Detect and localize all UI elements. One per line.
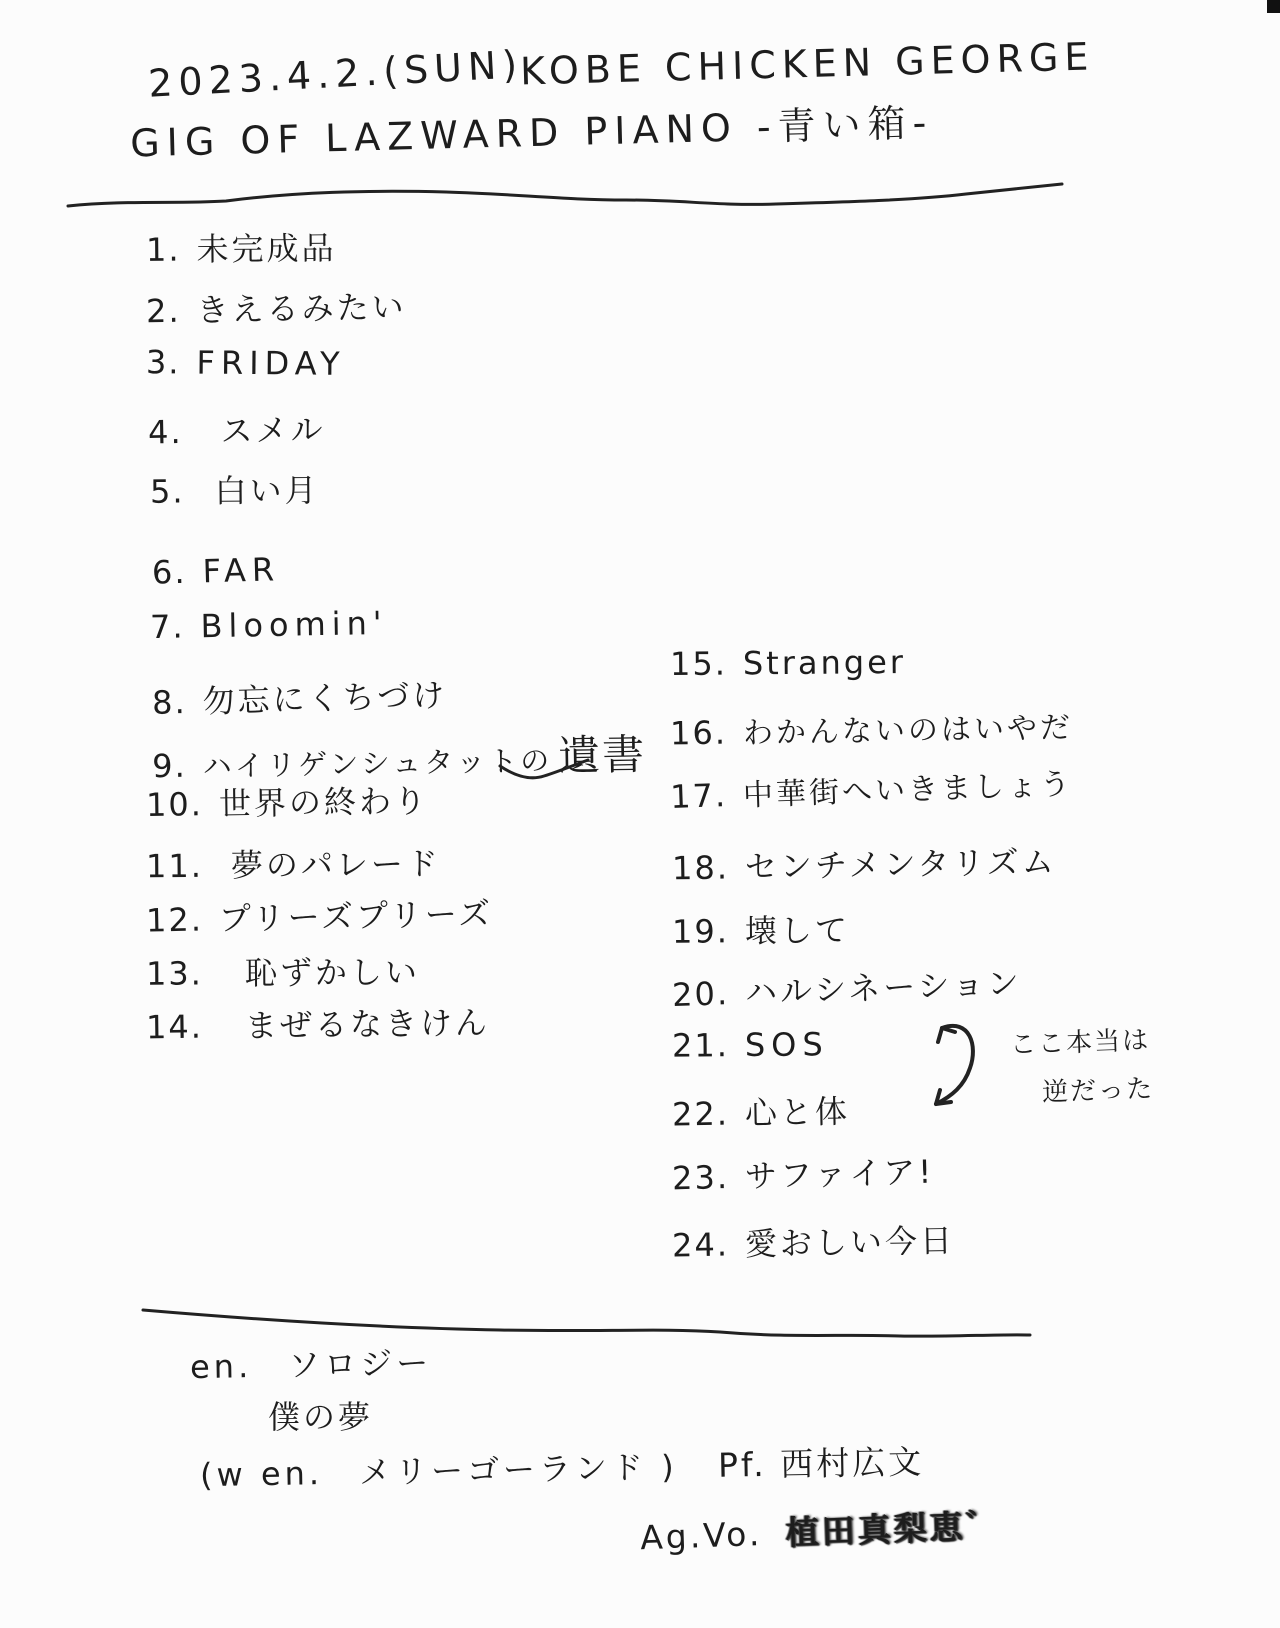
setlist-item-title: 世界の終わり [219, 776, 430, 825]
setlist-item: 24. 愛おしい今日 [672, 1216, 956, 1267]
setlist-item-title: 中華街へいきましょう [742, 759, 1073, 814]
setlist-item-number: 14. [146, 1008, 203, 1047]
setlist-item-number: 21. [672, 1026, 729, 1064]
setlist-item: 20. ハルシネーション [671, 958, 1022, 1016]
setlist-item: 8. 勿忘にくちづけ [151, 670, 447, 724]
header-venue: KOBE CHICKEN GEORGE [520, 34, 1095, 93]
emphasis-underline-swoosh [498, 758, 590, 782]
encore-line1: en. ソロジー [190, 1338, 433, 1388]
setlist-item-title: サファイア! [744, 1147, 934, 1198]
setlist-item-title: 心と体 [744, 1086, 850, 1134]
setlist-item-title: スメル [220, 404, 326, 452]
setlist-item-title: センチメンタリズム [745, 837, 1058, 888]
setlist-item: 7. Bloomin' [150, 604, 388, 646]
setlist-item: 18. センチメンタリズム [672, 837, 1057, 890]
setlist-item-number: 4. [148, 413, 183, 452]
setlist-item: 1. 未完成品 [146, 223, 337, 271]
setlist-item: 17. 中華街へいきましょう [669, 759, 1073, 817]
setlist-item-number: 19. [672, 912, 729, 950]
setlist-item-number: 22. [672, 1095, 730, 1134]
setlist-item: 14. まぜるなきけん [146, 998, 491, 1049]
setlist-item-number: 13. [146, 954, 203, 992]
setlist-item: 13. 恥ずかしい [146, 947, 420, 994]
setlist-item-number: 3. [146, 343, 181, 381]
setlist-item-number: 18. [672, 848, 730, 887]
setlist-item-title: FAR [202, 550, 281, 590]
top-divider-line [66, 180, 1066, 212]
setlist-item-title: FRIDAY [196, 344, 345, 383]
swap-annotation-line2: 逆だった [1041, 1068, 1154, 1109]
encore-line2: 僕の夢 [268, 1392, 373, 1438]
setlist-item: 21. SOS [672, 1025, 829, 1064]
setlist-item-title: Bloomin' [200, 604, 388, 645]
credit-vocal-label: Ag.Vo. [639, 1514, 762, 1557]
setlist-item: 23. サファイア! [671, 1147, 934, 1200]
setlist-item-title: 勿忘にくちづけ [202, 670, 448, 722]
setlist-item-title: きえるみたい [196, 282, 407, 332]
setlist-paper: 2023.4.2.(SUN) KOBE CHICKEN GEORGE GIG O… [0, 0, 1280, 1628]
setlist-item: 15. Stranger [670, 643, 906, 683]
swap-annotation-line1: ここ本当は [1009, 1020, 1150, 1062]
credit-piano: Pf. 西村広文 [718, 1436, 925, 1487]
setlist-item-number: 15. [670, 645, 727, 683]
setlist-item-title: 白い月 [214, 465, 319, 512]
setlist-item-title: まぜるなきけん [245, 998, 491, 1047]
encore-with-note: (w en. メリーゴーランド ) [200, 1442, 678, 1496]
setlist-item: 4. スメル [148, 404, 326, 453]
setlist-item-number: 1. [146, 231, 181, 269]
setlist-item-title: 愛おしい今日 [744, 1216, 955, 1266]
setlist-item-number: 5. [150, 472, 185, 510]
setlist-item: 3. FRIDAY [146, 343, 346, 383]
setlist-item-title: Stranger [743, 643, 906, 682]
setlist-item-title: ハルシネーション [744, 958, 1022, 1014]
setlist-item-title: SOS [745, 1025, 829, 1064]
setlist-item: 19. 壊して [672, 905, 850, 953]
setlist-item: 10. 世界の終わり [146, 776, 430, 826]
setlist-item-number: 8. [152, 683, 188, 722]
setlist-item: 22. 心と体 [672, 1086, 851, 1135]
credit-vocal: Ag.Vo. 植田真梨恵゛ [639, 1500, 1002, 1560]
setlist-item: 5. 白い月 [150, 465, 320, 512]
scan-corner-mark [1267, 0, 1280, 13]
setlist-item-number: 7. [150, 607, 185, 646]
setlist-item-number: 2. [146, 292, 181, 331]
header-gig-title: GIG OF LAZWARD PIANO -青い箱- [129, 91, 933, 167]
setlist-item-title: プリーズプリーズ [218, 888, 493, 940]
setlist-item-number: 6. [152, 553, 188, 592]
setlist-item-number: 11. [146, 847, 203, 885]
setlist-item-title: 未完成品 [196, 223, 336, 270]
header-date: 2023.4.2.(SUN) [147, 42, 524, 106]
setlist-item: 16. わかんないのはいやだ [670, 702, 1074, 753]
swap-arrow-icon [922, 1016, 996, 1112]
setlist-item-title: わかんないのはいやだ [743, 702, 1074, 752]
setlist-item-number: 23. [672, 1158, 730, 1197]
credit-vocal-name: 植田真梨恵゛ [785, 1506, 1002, 1553]
setlist-item-number: 16. [670, 714, 728, 753]
setlist-item-number: 20. [672, 974, 730, 1014]
setlist-item-title: 恥ずかしい [245, 947, 420, 994]
setlist-item-title: 壊して [745, 905, 850, 952]
setlist-item-number: 12. [146, 900, 204, 939]
setlist-item: 2. きえるみたい [146, 282, 407, 333]
setlist-item: 6. FAR [152, 550, 281, 591]
setlist-item-title: 夢のパレード [231, 839, 441, 887]
setlist-item-number: 17. [670, 776, 728, 816]
setlist-item: 11. 夢のパレード [146, 839, 441, 888]
setlist-item-number: 10. [146, 785, 203, 824]
setlist-item: 12. プリーズプリーズ [146, 888, 494, 941]
setlist-item-number: 24. [672, 1225, 730, 1264]
